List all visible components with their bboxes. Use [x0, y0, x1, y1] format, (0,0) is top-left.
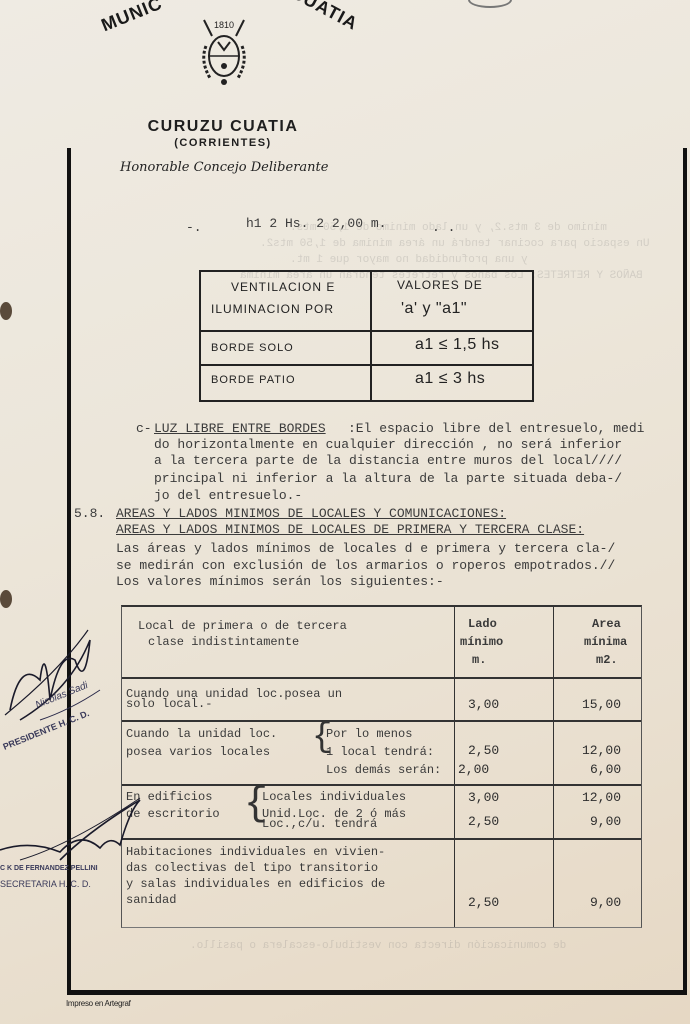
section-c-line: :El espacio libre del entresuelo, medi	[348, 421, 644, 436]
table-cell-desc: posea varios locales	[126, 745, 270, 759]
vent-header-right-1: VALORES DE	[397, 278, 483, 292]
table-header-col1: Local de primera o de tercera	[138, 619, 347, 633]
vent-row-label: BORDE SOLO	[211, 342, 294, 354]
vent-row-value: a1 ≤ 3 hs	[415, 370, 485, 388]
vent-row-label: BORDE PATIO	[211, 374, 296, 386]
table-header-col3: m2.	[596, 653, 618, 667]
seal-fragment	[468, 0, 512, 8]
table-cell-lado: 2,00	[458, 762, 489, 777]
vent-header-left-1: VENTILACION E	[231, 280, 335, 294]
section-c-title: LUZ LIBRE ENTRE BORDES	[154, 421, 326, 436]
table-header-col2: Lado	[468, 617, 497, 631]
table-cell-lado: 3,00	[468, 697, 499, 712]
ventilation-row-divider	[201, 330, 532, 332]
table-cell-desc: das colectivas del tipo transitorio	[126, 861, 378, 875]
table-cell-desc: solo local.-	[126, 697, 212, 711]
section-c-line: principal ni inferior a la altura de la …	[154, 471, 622, 486]
table-cell-desc: Locales individuales	[262, 790, 406, 804]
table-cell-desc: sanidad	[126, 893, 176, 907]
vent-row-value: a1 ≤ 1,5 hs	[415, 336, 500, 354]
table-row-divider	[122, 720, 641, 722]
table-cell-desc: Habitaciones individuales en vivien-	[126, 845, 385, 859]
table-cell-lado: 3,00	[468, 790, 499, 805]
city-name: CURUZU CUATIA	[0, 118, 446, 136]
ventilation-row-divider	[201, 364, 532, 366]
table-row-divider	[122, 677, 641, 679]
section-c-marker: c-	[136, 421, 152, 436]
printer-credit: Impreso en Artegraf	[66, 999, 131, 1008]
table-header-col3: Area	[592, 617, 621, 631]
table-cell-lado: 2,50	[468, 743, 499, 758]
table-cell-area: 12,00	[582, 790, 621, 805]
table-cell-area: 6,00	[590, 762, 621, 777]
ventilation-table: VENTILACION E ILUMINACION POR VALORES DE…	[199, 270, 534, 402]
crest-year: 1810	[214, 20, 234, 30]
stamp-right-text: CUATIA	[287, 0, 361, 35]
punch-hole	[0, 590, 12, 608]
table-cell-desc: y salas individuales en edificios de	[126, 877, 385, 891]
minimum-areas-table: Local de primera o de tercera clase indi…	[121, 605, 642, 928]
table-cell-area: 12,00	[582, 743, 621, 758]
table-cell-area: 15,00	[582, 697, 621, 712]
formula-prefix: -.	[186, 220, 202, 235]
section-c-line: jo del entresuelo.-	[154, 488, 302, 503]
coat-of-arms-icon: 1810	[196, 16, 252, 88]
section-title-2: AREAS Y LADOS MINIMOS DE LOCALES DE PRIM…	[116, 522, 584, 537]
table-cell-area: 9,00	[590, 814, 621, 829]
section-58-line: Las áreas y lados mínimos de locales d e…	[116, 541, 615, 556]
table-header-col3: mínima	[584, 635, 627, 649]
punch-hole	[0, 302, 12, 320]
table-cell-lado: 2,50	[468, 814, 499, 829]
table-header-col2: m.	[472, 653, 486, 667]
section-number: 5.8.	[74, 506, 105, 521]
table-cell-desc: Cuando la unidad loc.	[126, 727, 277, 741]
section-title-1: AREAS Y LADOS MINIMOS DE LOCALES Y COMUN…	[116, 506, 506, 521]
table-cell-desc: Por lo menos	[326, 727, 412, 741]
formula-text: h1 2 Hs. 2 2,00 m.	[246, 216, 386, 231]
table-cell-desc: Los demás serán:	[326, 763, 441, 777]
table-row-divider	[122, 784, 641, 786]
table-col-divider	[454, 607, 455, 927]
table-cell-desc: Loc.,c/u. tendrá	[262, 817, 377, 831]
bleed-through-text: de comunicación directa con vestíbulo-es…	[190, 940, 566, 952]
section-c-line: do horizontalmente en cualquier direcció…	[154, 437, 622, 452]
vent-header-left-2: ILUMINACION POR	[211, 302, 334, 316]
table-cell-lado: 2,50	[468, 895, 499, 910]
section-58-line: se medirán con exclusión de los armarios…	[116, 558, 615, 573]
table-header-col1: clase indistintamente	[148, 635, 299, 649]
formula-suffix: . .	[432, 220, 455, 235]
bleed-through-text: y una profundidad no mayor que 1 mt.	[290, 254, 528, 266]
section-58-line: Los valores mínimos serán los siguientes…	[116, 574, 444, 589]
table-header-col2: mínimo	[460, 635, 503, 649]
table-row-divider	[122, 838, 641, 840]
bleed-through-text: Un espacio para cocinar tendrá un área m…	[260, 238, 649, 250]
stamp-left-text: MUNIC	[98, 0, 165, 36]
table-cell-area: 9,00	[590, 895, 621, 910]
table-col-divider	[553, 607, 554, 927]
table-cell-desc: 1 local tendrá:	[326, 745, 434, 759]
vent-header-right-2: 'a' y "a1"	[401, 300, 467, 318]
secretary-stamp: C K DE FERNANDEZ PELLINI	[0, 865, 98, 872]
secretary-label: SECRETARIA H. C. D.	[0, 879, 91, 889]
section-c-line: a la tercera parte de la distancia entre…	[154, 453, 622, 468]
